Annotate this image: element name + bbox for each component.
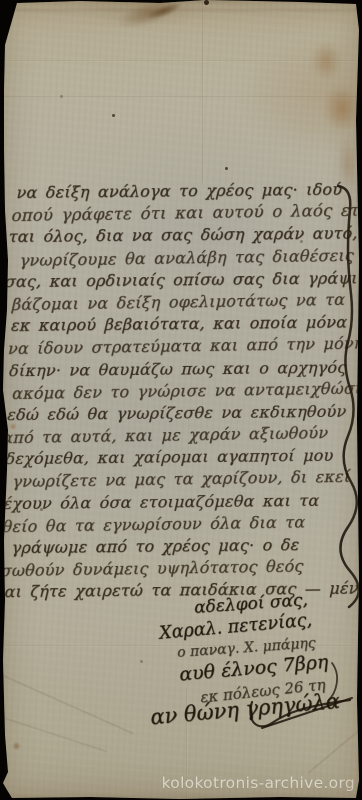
watermark-label: kolokotronis-archive.org (162, 774, 355, 792)
fold-crease (308, 713, 362, 774)
fold-crease (0, 668, 133, 735)
fold-crease (202, 0, 204, 183)
fold-crease (0, 96, 362, 97)
fold-crease (0, 714, 107, 753)
manuscript-paper: να δείξη ανάλογα το χρέος μας· ιδούοπού … (0, 0, 362, 800)
fold-crease (0, 9, 362, 12)
fold-crease (0, 60, 362, 62)
handwriting-body: να δείξη ανάλογα το χρέος μας· ιδούοπού … (0, 178, 353, 603)
ink-smudge-stain (114, 0, 185, 34)
ink-smudge-stain-core (145, 0, 182, 22)
scanned-manuscript-photo: να δείξη ανάλογα το χρέος μας· ιδούοπού … (0, 0, 362, 800)
brown-stain (12, 742, 21, 750)
paper-specks (0, 0, 3, 3)
brown-stain (324, 86, 360, 132)
brown-stain (310, 42, 342, 80)
